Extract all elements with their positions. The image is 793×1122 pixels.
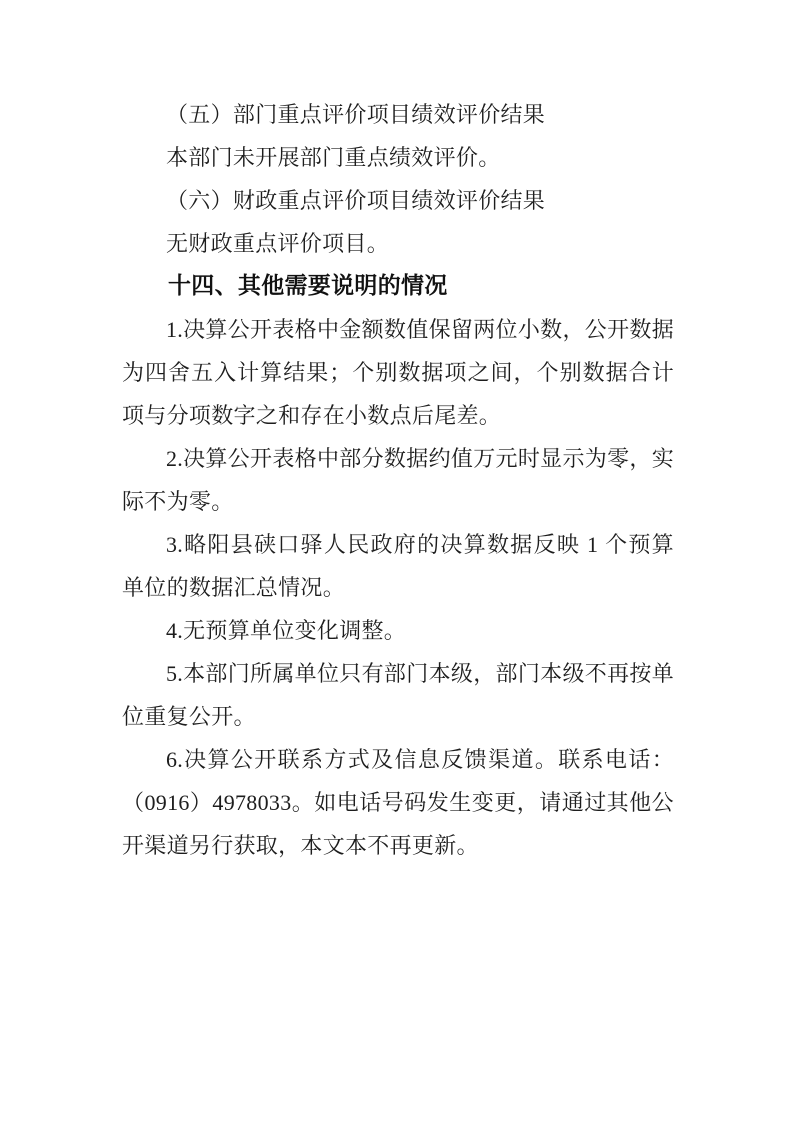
document-heading: 十四、其他需要说明的情况: [122, 265, 674, 308]
document-subheading: （五）部门重点评价项目绩效评价结果: [122, 93, 674, 136]
document-paragraph: 本部门未开展部门重点绩效评价。: [122, 136, 674, 179]
document-page: （五）部门重点评价项目绩效评价结果本部门未开展部门重点绩效评价。（六）财政重点评…: [0, 0, 793, 1122]
document-content: （五）部门重点评价项目绩效评价结果本部门未开展部门重点绩效评价。（六）财政重点评…: [122, 93, 674, 867]
document-subheading: （六）财政重点评价项目绩效评价结果: [122, 179, 674, 222]
document-paragraph: 2.决算公开表格中部分数据约值万元时显示为零，实际不为零。: [122, 437, 674, 523]
document-paragraph: 无财政重点评价项目。: [122, 222, 674, 265]
document-paragraph: 5.本部门所属单位只有部门本级，部门本级不再按单位重复公开。: [122, 652, 674, 738]
document-paragraph: 1.决算公开表格中金额数值保留两位小数，公开数据为四舍五入计算结果；个别数据项之…: [122, 308, 674, 437]
document-paragraph: 4.无预算单位变化调整。: [122, 609, 674, 652]
document-paragraph: 6.决算公开联系方式及信息反馈渠道。联系电话：（0916）4978033。如电话…: [122, 738, 674, 867]
document-paragraph: 3.略阳县硖口驿人民政府的决算数据反映 1 个预算单位的数据汇总情况。: [122, 523, 674, 609]
